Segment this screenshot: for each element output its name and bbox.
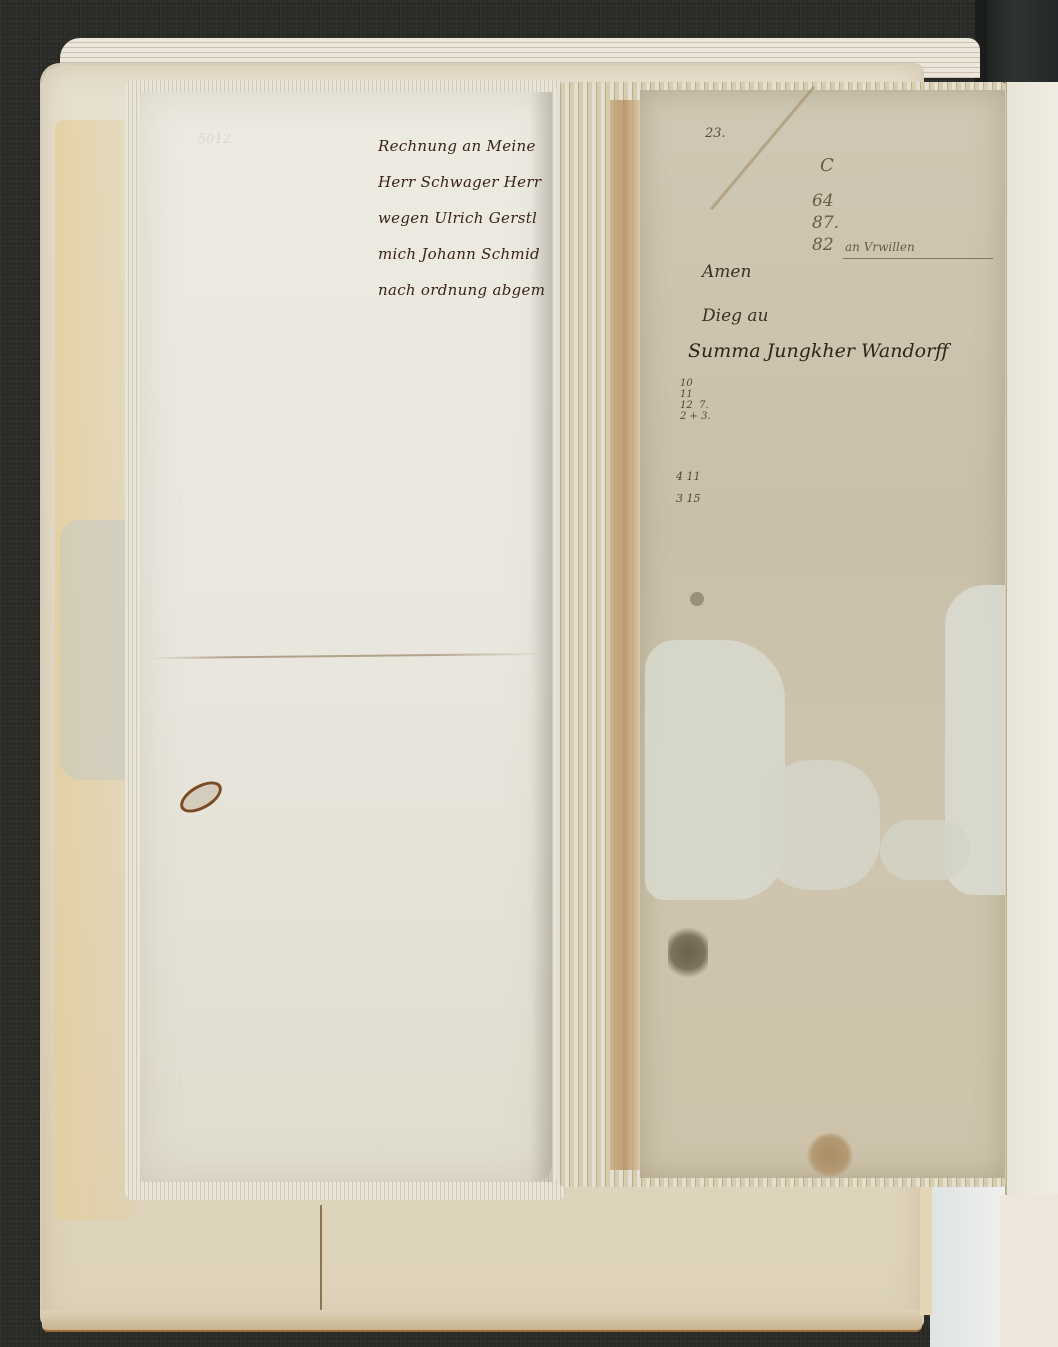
c-mark: C xyxy=(820,155,834,176)
folder-torn-edge xyxy=(42,1310,922,1332)
small-numbers-block: 10 11 12 7. 2 + 3. xyxy=(680,378,711,422)
left-page-handwriting: Rechnung an Meine Herr Schwager Herr weg… xyxy=(378,128,553,308)
handwriting-line: wegen Ulrich Gerstl xyxy=(378,200,553,236)
round-stain xyxy=(806,1133,854,1177)
folder-bottom-edge xyxy=(920,1185,932,1315)
number-column: 64 87. 82 xyxy=(812,190,839,256)
right-insert-sheet xyxy=(1005,82,1058,1202)
number-entry: 87. xyxy=(812,212,839,234)
handwriting-title-line: Summa Jungkher Wandorff xyxy=(688,340,949,362)
dark-stain xyxy=(668,925,708,980)
handwriting-line: Dieg au xyxy=(702,306,769,326)
annotation-underline xyxy=(843,258,993,259)
right-stack-stained-edge xyxy=(610,100,640,1170)
small-numbers-block: 4 11 3 15 xyxy=(676,466,701,510)
handwriting-line: Amen xyxy=(702,262,751,282)
small-stain xyxy=(690,592,704,606)
number-entry: 82 xyxy=(812,234,839,256)
handwriting-line: Herr Schwager Herr xyxy=(378,164,553,200)
handwriting-line: nach ordnung abgem xyxy=(378,272,553,308)
paper-repair-patch xyxy=(880,820,970,880)
page-number: 23. xyxy=(705,126,726,141)
faint-folio-mark: 5012 xyxy=(198,132,231,147)
handwriting-line: Rechnung an Meine xyxy=(378,128,553,164)
number-entry: 64 xyxy=(812,190,839,212)
bottom-cream-insert xyxy=(1000,1195,1058,1347)
paper-repair-patch xyxy=(760,760,880,890)
annotation: an Vrwillen xyxy=(845,240,915,254)
bottom-white-insert xyxy=(930,1185,1005,1347)
handwriting-line: mich Johann Schmid xyxy=(378,236,553,272)
